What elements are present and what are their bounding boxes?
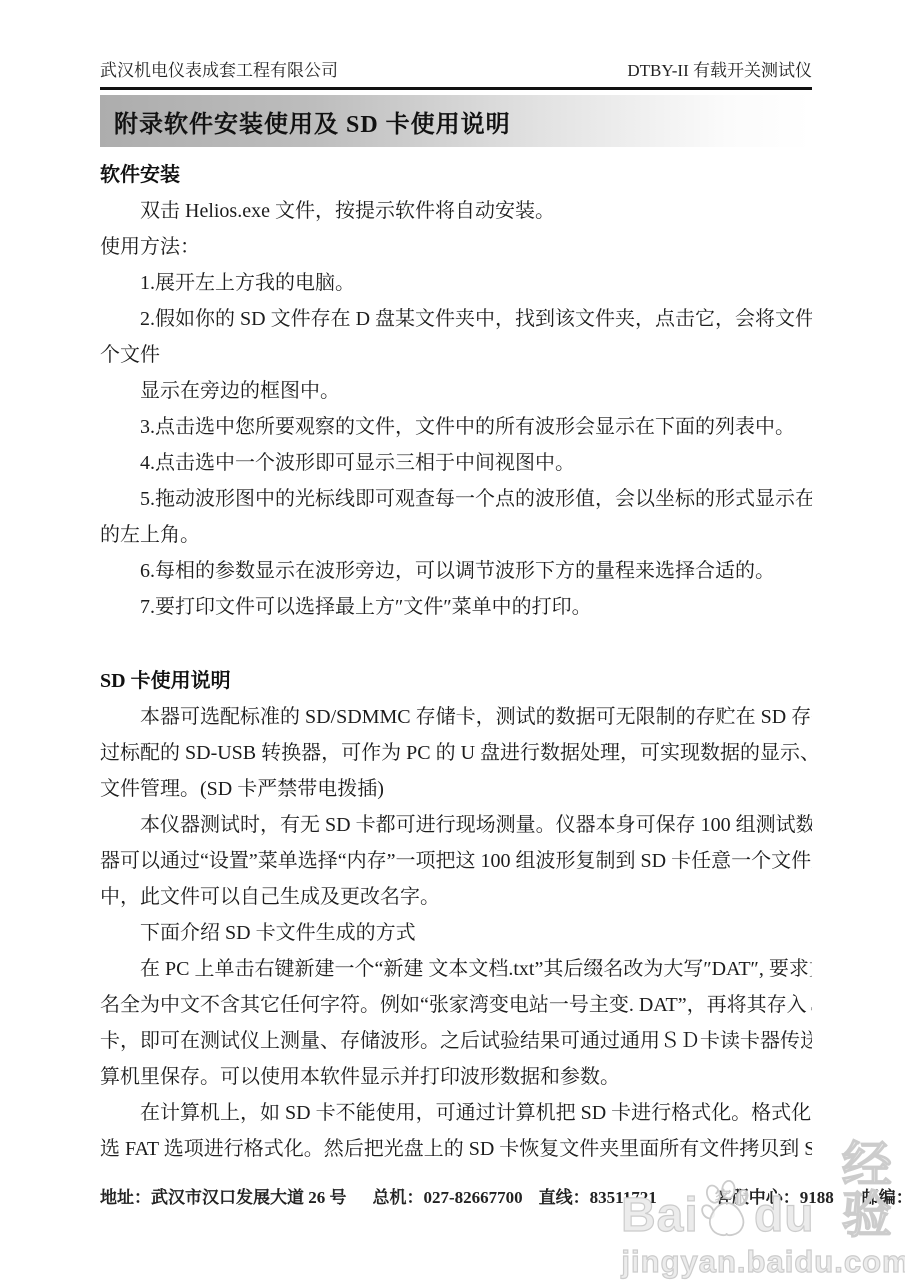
text-line: 使用方法： [100,229,812,265]
footer-direct-line: 直线：83511721 [539,1183,657,1208]
watermark-url: jingyan.baidu.com [621,1246,905,1277]
text-line: 器可以通过“设置”菜单选择“内存”一项把这 100 组波形复制到 SD 卡任意一… [100,843,812,879]
text-line: 在 PC 上单击右键新建一个“新建 文本文档.txt”其后缀名改为大写″DAT″… [100,951,812,987]
text-line: 5.拖动波形图中的光标线即可观查每一个点的波形值，会以坐标的形式显示在波形图 [100,481,812,517]
section-heading: SD 卡使用说明 [100,663,812,699]
text-line: 2.假如你的 SD 文件存在 D 盘某文件夹中，找到该文件夹，点击它，会将文件夹… [100,301,812,337]
text-line: 过标配的 SD-USB 转换器，可作为 PC 的 U 盘进行数据处理，可实现数据… [100,735,812,771]
text-line: 本器可选配标准的 SD/SDMMC 存储卡，测试的数据可无限制的存贮在 SD 存… [100,699,812,735]
text-line: 选 FAT 选项进行格式化。然后把光盘上的 SD 卡恢复文件夹里面所有文件拷贝到… [100,1131,812,1167]
page-content: 武汉机电仪表成套工程有限公司 DTBY-II 有载开关测试仪 附录软件安装使用及… [100,56,812,1167]
section-sd-card: SD 卡使用说明 本器可选配标准的 SD/SDMMC 存储卡，测试的数据可无限制… [100,663,812,1167]
section-heading: 软件安装 [100,157,812,193]
text-line: 中，此文件可以自己生成及更改名字。 [100,879,812,915]
text-line: 名全为中文不含其它任何字符。例如“张家湾变电站一号主变. DAT”，再将其存入Ｓ… [100,987,812,1023]
text-line: 显示在旁边的框图中。 [100,373,812,409]
text-line: 下面介绍 SD 卡文件生成的方式 [100,915,812,951]
text-line: 本仪器测试时，有无 SD 卡都可进行现场测量。仪器本身可保存 100 组测试数据… [100,807,812,843]
footer-switchboard: 总机：027-82667700 [373,1183,523,1208]
footer-address: 地址：武汉市汉口发展大道 26 号 [100,1183,347,1208]
text-line: 3.点击选中您所要观察的文件，文件中的所有波形会显示在下面的列表中。 [100,409,812,445]
banner-title: 附录软件安装使用及 SD 卡使用说明 [114,104,511,139]
text-line: 个文件 [100,337,812,373]
text-line: 4.点击选中一个波形即可显示三相于中间视图中。 [100,445,812,481]
manual-page: 武汉机电仪表成套工程有限公司 DTBY-II 有载开关测试仪 附录软件安装使用及… [0,0,905,1280]
text-line: 卡，即可在测试仪上测量、存储波形。之后试验结果可通过通用ＳＤ卡读卡器传送到计 [100,1023,812,1059]
text-line: 双击 Helios.exe 文件，按提示软件将自动安装。 [100,193,812,229]
text-line: 6.每相的参数显示在波形旁边，可以调节波形下方的量程来选择合适的。 [100,553,812,589]
text-line: 的左上角。 [100,517,812,553]
footer-service-center: 客服中心：9188 [715,1183,834,1208]
product-name: DTBY-II 有载开关测试仪 [627,56,812,81]
company-name: 武汉机电仪表成套工程有限公司 [100,56,338,81]
text-line: 算机里保存。可以使用本软件显示并打印波形数据和参数。 [100,1059,812,1095]
appendix-banner: 附录软件安装使用及 SD 卡使用说明 [100,95,812,147]
text-line: 1.展开左上方我的电脑。 [100,265,812,301]
page-header: 武汉机电仪表成套工程有限公司 DTBY-II 有载开关测试仪 [100,56,812,90]
text-line: 在计算机上，如 SD 卡不能使用，可通过计算机把 SD 卡进行格式化。格式化操作… [100,1095,812,1131]
text-line: 文件管理。(SD 卡严禁带电拨插) [100,771,812,807]
page-footer: 地址：武汉市汉口发展大道 26 号 总机：027-82667700 直线：835… [100,1183,860,1208]
text-line: 7.要打印文件可以选择最上方″文件″菜单中的打印。 [100,589,812,625]
footer-postcode: 邮编：430023 [862,1183,905,1208]
section-software-install: 软件安装 双击 Helios.exe 文件，按提示软件将自动安装。 使用方法： … [100,157,812,625]
